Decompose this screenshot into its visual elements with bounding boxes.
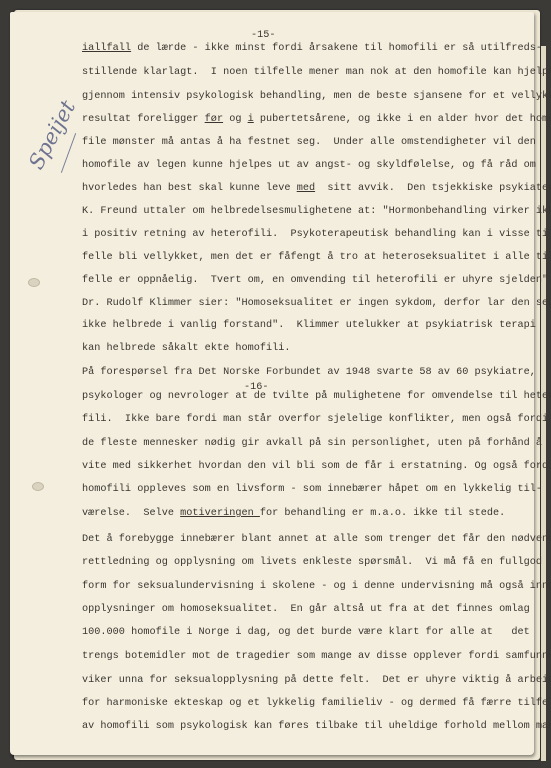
text-line: homofili oppleves som en livsform - som …	[82, 484, 542, 495]
text-line: På forespørsel fra Det Norske Forbundet …	[82, 367, 536, 378]
text-line: homofile av legen kunne hjelpes ut av an…	[82, 160, 536, 171]
text-line: trengs botemidler mot de tragedier som m…	[82, 651, 551, 662]
text-line: for harmoniske ekteskap og et lykkelig f…	[82, 698, 551, 709]
text-line: psykologer og nevrologer at de tvilte på…	[82, 391, 551, 402]
underlined-word: iallfall	[82, 43, 131, 54]
punch-hole	[28, 278, 40, 287]
text-line: i positiv retning av heterofili. Psykote…	[82, 229, 551, 240]
text-line: K. Freund uttaler om helbredelsesmulighe…	[82, 206, 551, 217]
text-line: resultat foreligger før og i pubertetsår…	[82, 114, 551, 125]
text-line: av homofili som psykologisk kan føres ti…	[82, 721, 551, 732]
text-line: stillende klarlagt. I noen tilfelle mene…	[82, 67, 551, 78]
underlined-word: før	[205, 114, 223, 125]
text-line: felle bli vellykket, men det er fåfengt …	[82, 252, 551, 263]
underlined-word: motiveringen	[180, 508, 260, 519]
text-line: ikke helbrede i vanlig forstand". Klimme…	[82, 320, 536, 331]
text-line: file mønster må antas å ha festnet seg. …	[82, 137, 536, 148]
text-line: iallfall de lærde - ikke minst fordi års…	[82, 43, 542, 54]
text-line: Dr. Rudolf Klimmer sier: "Homoseksualite…	[82, 298, 551, 309]
typewritten-page: -15- -16- iallfall de lærde - ikke minst…	[10, 12, 534, 755]
text-line: værelse. Selve motiveringen for behandli…	[82, 508, 505, 519]
text-line: felle er oppnåelig. Tvert om, en omvendi…	[82, 275, 551, 286]
text-line: hvorledes han best skal kunne leve med s…	[82, 183, 551, 194]
text-line: viker unna for seksualopplysning på dett…	[82, 675, 551, 686]
punch-hole	[32, 482, 44, 491]
text-line: vite med sikkerhet hvordan den vil bli s…	[82, 461, 551, 472]
text-line: opplysninger om homoseksualitet. En går …	[82, 604, 530, 615]
text-line: fili. Ikke bare fordi man står overfor s…	[82, 414, 548, 425]
text-line: rettledning og opplysning om livets enkl…	[82, 557, 542, 568]
text-line: kan helbrede såkalt ekte homofili.	[82, 343, 291, 354]
text-line: form for seksualundervisning i skolene -…	[82, 581, 551, 592]
text-line: gjennom intensiv psykologisk behandling,…	[82, 91, 551, 102]
page-text: -15- -16- iallfall de lærde - ikke minst…	[10, 12, 534, 755]
text-line: 100.000 homofile i Norge i dag, og det b…	[82, 627, 530, 638]
page-number-15: -15-	[251, 30, 276, 41]
text-line: de fleste mennesker nødig gir avkall på …	[82, 438, 542, 449]
underlined-word: med	[297, 183, 315, 194]
text-line: Det å forebygge innebærer blant annet at…	[82, 534, 551, 545]
